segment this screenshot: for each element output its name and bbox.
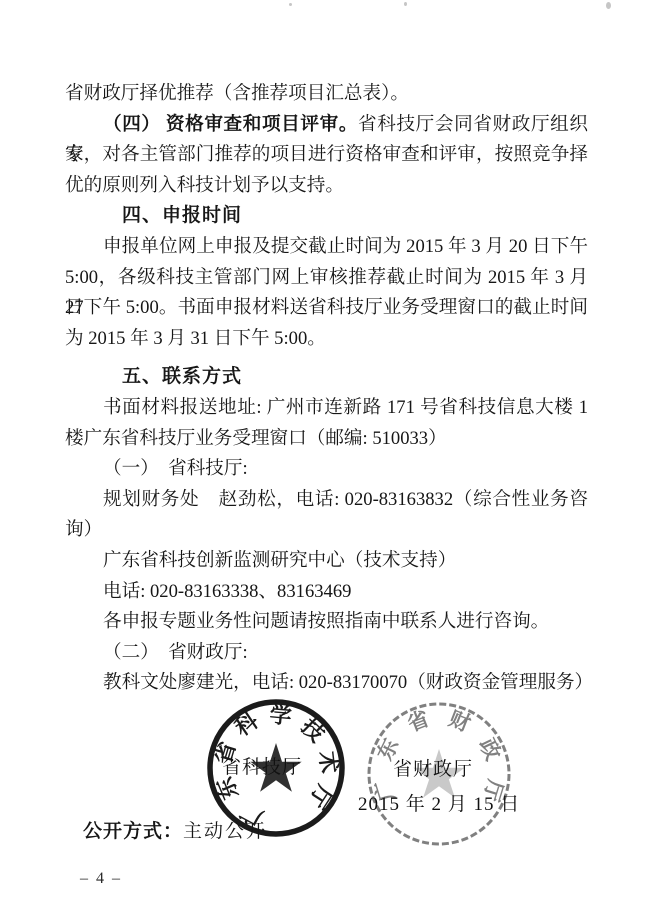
text-line: 教科文处廖建光，电话: 020-83170070（财政资金管理服务）	[65, 668, 588, 699]
text-line: 申报单位网上申报及提交截止时间为 2015 年 3 月 20 日下午	[65, 232, 588, 263]
document-body: 省财政厅择优推荐（含推荐项目汇总表）。（四） 资格审查和项目评审。省科技厅会同省…	[65, 79, 588, 699]
text-line: 楼广东省科技厅业务受理窗口（邮编: 510033）	[65, 424, 588, 455]
section-heading: 五、联系方式	[65, 362, 588, 393]
svg-text:省: 省	[404, 706, 432, 736]
text-line: 电话: 020-83163338、83163469	[65, 577, 588, 608]
finance-dept-signature: 省财政厅	[393, 754, 473, 781]
disclosure-value: 主动公开	[183, 821, 267, 842]
document-page: 省财政厅择优推荐（含推荐项目汇总表）。（四） 资格审查和项目评审。省科技厅会同省…	[0, 0, 650, 918]
svg-text:财: 财	[445, 706, 473, 736]
text-line: （二） 省财政厅:	[65, 638, 588, 669]
page-number: – 4 –	[80, 870, 122, 888]
text-line: 优的原则列入科技计划予以支持。	[65, 171, 588, 202]
disclosure-label: 公开方式：	[83, 821, 183, 842]
text-line: 广东省科技创新监测研究中心（技术支持）	[65, 546, 588, 577]
text-line: 日下午 5:00。书面申报材料送省科技厅业务受理窗口的截止时间	[65, 293, 588, 324]
svg-text:学: 学	[269, 702, 293, 729]
science-dept-signature: 省科技厅	[222, 752, 302, 779]
svg-text:术: 术	[315, 749, 342, 775]
text-line: 询）	[65, 515, 588, 546]
text-line: 为 2015 年 3 月 31 日下午 5:00。	[65, 324, 588, 355]
text-line: （一） 省科技厅:	[65, 454, 588, 485]
scan-speck	[606, 2, 611, 9]
svg-text:政: 政	[475, 735, 506, 764]
signature-date: 2015 年 2 月 15 日	[358, 789, 520, 816]
svg-text:科: 科	[230, 707, 263, 741]
svg-text:技: 技	[296, 714, 329, 747]
text-line: （四） 资格审查和项目评审。省科技厅会同省财政厅组织专	[65, 110, 588, 141]
scan-speck	[289, 3, 292, 6]
text-line: 5:00，各级科技主管部门网上审核推荐截止时间为 2015 年 3 月 27	[65, 263, 588, 294]
disclosure-line: 公开方式：主动公开	[83, 816, 267, 843]
text-line: 省财政厅择优推荐（含推荐项目汇总表）。	[65, 79, 588, 110]
text-line: 家，对各主管部门推荐的项目进行资格审查和评审，按照竞争择	[65, 140, 588, 171]
text-line: 书面材料报送地址: 广州市连新路 171 号省科技信息大楼 1	[65, 393, 588, 424]
section-heading: 四、申报时间	[65, 201, 588, 232]
svg-text:厅: 厅	[304, 781, 337, 813]
text-line: 规划财务处 赵劲松，电话: 020-83163832（综合性业务咨	[65, 485, 588, 516]
text-line: 各申报专题业务性问题请按照指南中联系人进行咨询。	[65, 607, 588, 638]
scan-speck	[404, 2, 407, 6]
